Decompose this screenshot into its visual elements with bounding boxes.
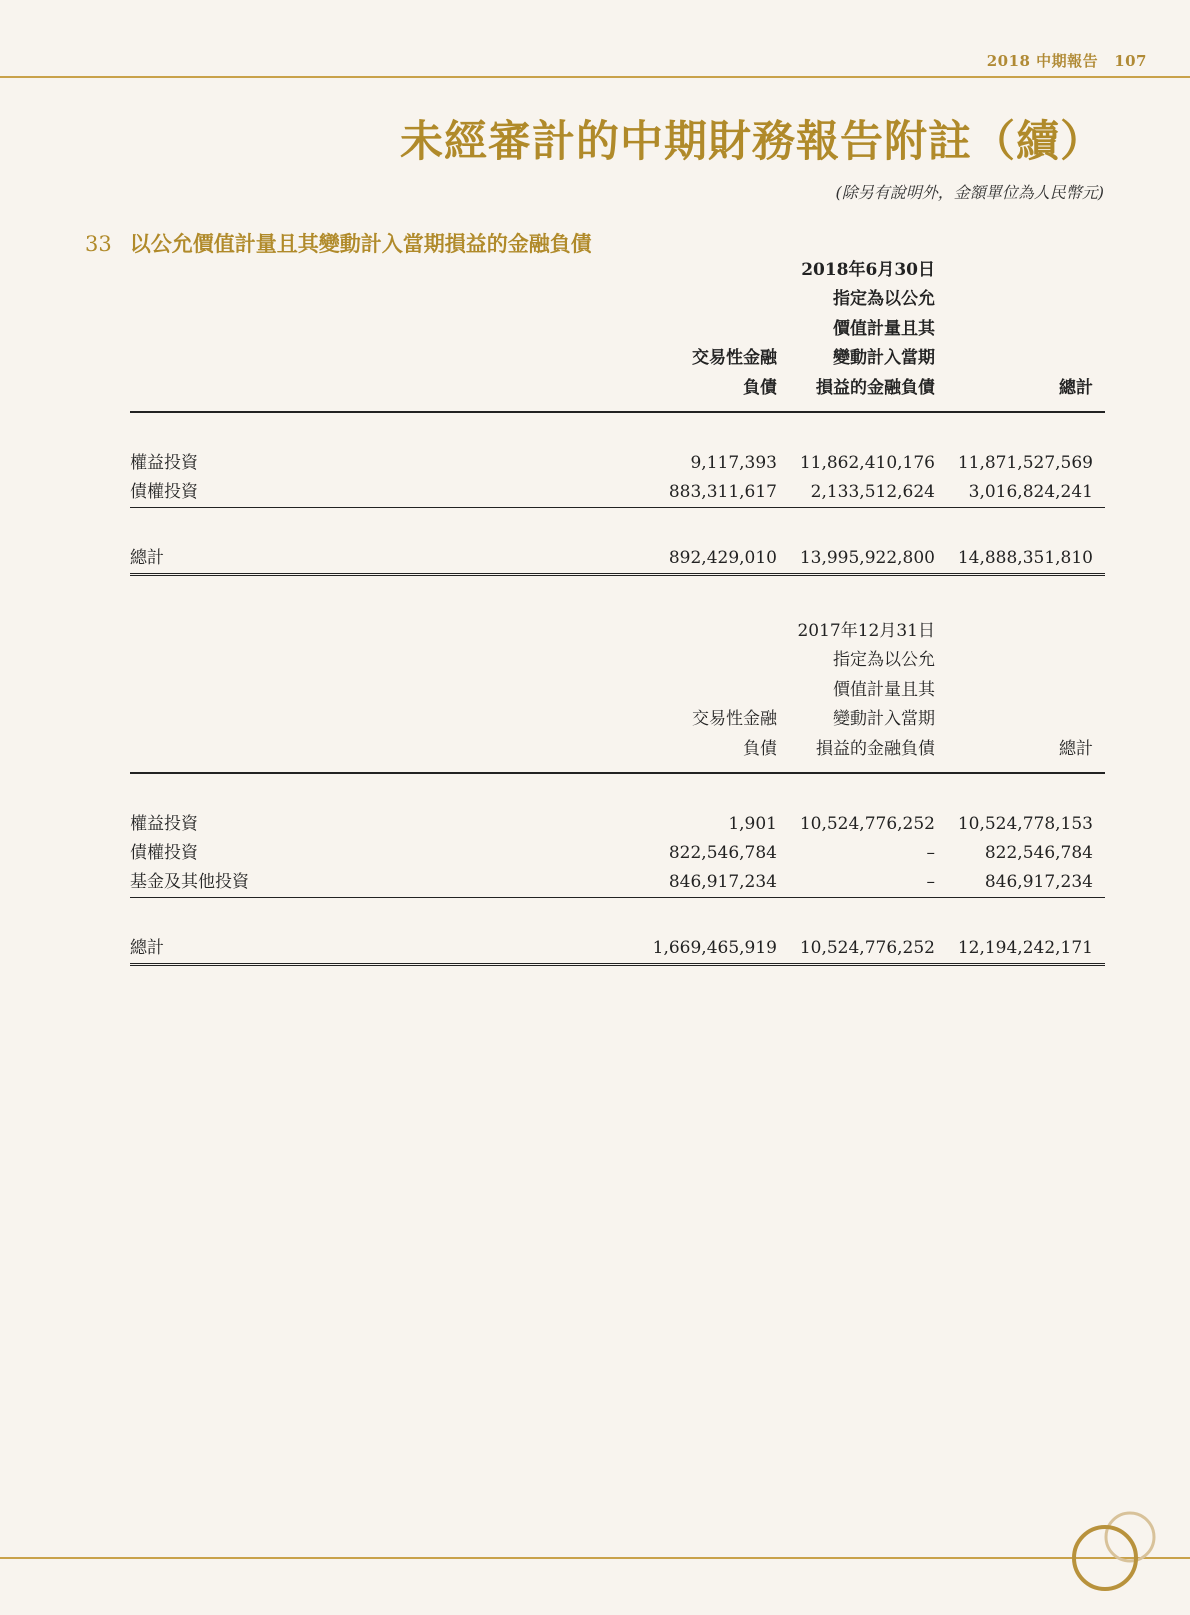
col-header-total: 總計 [1059, 374, 1093, 404]
cell-value: – [927, 868, 936, 897]
cell-value: 14,888,351,810 [958, 544, 1093, 573]
cell-value: 846,917,234 [669, 868, 777, 897]
table-row: 基金及其他投資 846,917,234 – 846,917,234 [130, 868, 1105, 897]
footer-rule [0, 1557, 1190, 1559]
currency-note: (除另有說明外，金額單位為人民幣元) [836, 180, 1105, 203]
page-number: 107 [1114, 52, 1147, 70]
col-header-trading-liabilities: 交易性金融 負債 [692, 705, 777, 764]
col-header-designated-fvtpl: 2018年6月30日 指定為以公允 價值計量且其 變動計入當期 損益的金融負債 [801, 256, 935, 404]
period-label: 2018年6月30日 [801, 256, 935, 286]
cell-value: 13,995,922,800 [800, 544, 935, 573]
table-row: 權益投資 1,901 10,524,776,252 10,524,778,153 [130, 810, 1105, 839]
cell-value: 10,524,776,252 [800, 934, 935, 963]
row-label: 權益投資 [130, 449, 198, 478]
cell-value: 883,311,617 [669, 478, 777, 507]
page-title: 未經審計的中期財務報告附註（續） [400, 108, 1104, 169]
row-label: 總計 [130, 544, 164, 573]
cell-value: 9,117,393 [690, 449, 777, 478]
row-label: 債權投資 [130, 839, 198, 868]
row-label: 權益投資 [130, 810, 198, 839]
section-title: 以公允價值計量且其變動計入當期損益的金融負債 [130, 231, 592, 256]
table-header: 交易性金融 負債 2018年6月30日 指定為以公允 價值計量且其 變動計入當期… [130, 258, 1105, 411]
cell-value: 1,669,465,919 [653, 934, 777, 963]
cell-value: 846,917,234 [985, 868, 1093, 897]
header-rule [0, 76, 1190, 78]
col-header-trading-liabilities: 交易性金融 負債 [692, 344, 777, 403]
row-label: 基金及其他投資 [130, 868, 249, 897]
table-header: 交易性金融 負債 2017年12月31日 指定為以公允 價值計量且其 變動計入當… [130, 619, 1105, 772]
cell-value: 2,133,512,624 [811, 478, 935, 507]
cell-value: – [927, 839, 936, 868]
cell-value: 10,524,778,153 [958, 810, 1093, 839]
table-row: 債權投資 822,546,784 – 822,546,784 [130, 839, 1105, 868]
row-label: 總計 [130, 934, 164, 963]
table-2018-06-30: 交易性金融 負債 2018年6月30日 指定為以公允 價值計量且其 變動計入當期… [130, 258, 1105, 576]
table-2017-12-31: 交易性金融 負債 2017年12月31日 指定為以公允 價值計量且其 變動計入當… [130, 619, 1105, 966]
decorative-rings-icon [1060, 1500, 1190, 1610]
cell-value: 11,862,410,176 [800, 449, 935, 478]
total-double-rule [130, 573, 1105, 576]
col-header-designated-fvtpl: 2017年12月31日 指定為以公允 價值計量且其 變動計入當期 損益的金融負債 [797, 617, 935, 765]
running-head: 2018 中期報告107 [987, 50, 1147, 71]
cell-value: 12,194,242,171 [958, 934, 1093, 963]
total-double-rule [130, 963, 1105, 966]
cell-value: 822,546,784 [985, 839, 1093, 868]
table-row: 債權投資 883,311,617 2,133,512,624 3,016,824… [130, 478, 1105, 507]
cell-value: 3,016,824,241 [969, 478, 1093, 507]
cell-value: 822,546,784 [669, 839, 777, 868]
section-heading: 33以公允價值計量且其變動計入當期損益的金融負債 [85, 228, 592, 258]
total-row: 總計 892,429,010 13,995,922,800 14,888,351… [130, 544, 1105, 573]
section-number: 33 [85, 232, 112, 256]
cell-value: 892,429,010 [669, 544, 777, 573]
row-label: 債權投資 [130, 478, 198, 507]
period-label: 2017年12月31日 [797, 617, 935, 647]
cell-value: 10,524,776,252 [800, 810, 935, 839]
cell-value: 11,871,527,569 [958, 449, 1093, 478]
col-header-total: 總計 [1059, 735, 1093, 765]
report-name: 2018 中期報告 [987, 52, 1098, 70]
total-row: 總計 1,669,465,919 10,524,776,252 12,194,2… [130, 934, 1105, 963]
cell-value: 1,901 [728, 810, 777, 839]
table-row: 權益投資 9,117,393 11,862,410,176 11,871,527… [130, 449, 1105, 478]
